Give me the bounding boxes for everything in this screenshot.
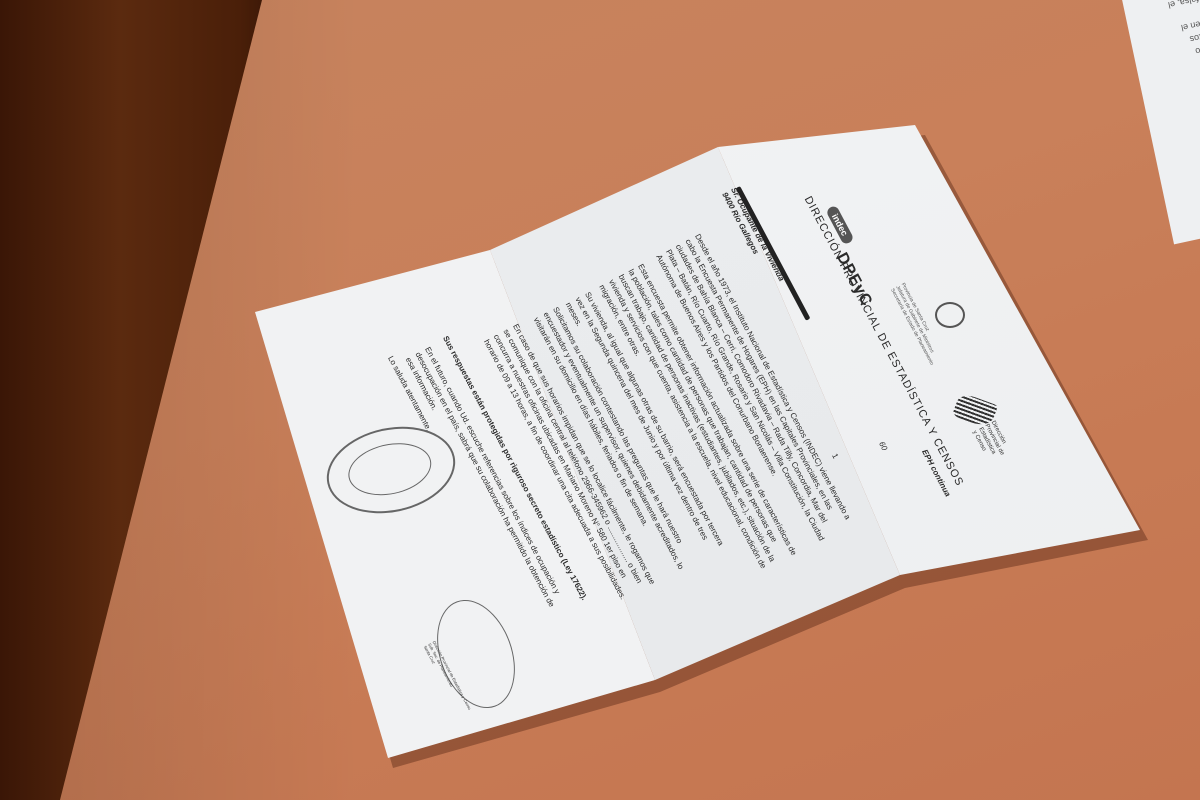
province-seal-icon [935, 302, 965, 328]
folded-letter: indec DIRECCIÓN PROVINCIAL DE ESTADÍSTIC… [0, 0, 1200, 800]
stamp-inner-ring [344, 436, 437, 502]
